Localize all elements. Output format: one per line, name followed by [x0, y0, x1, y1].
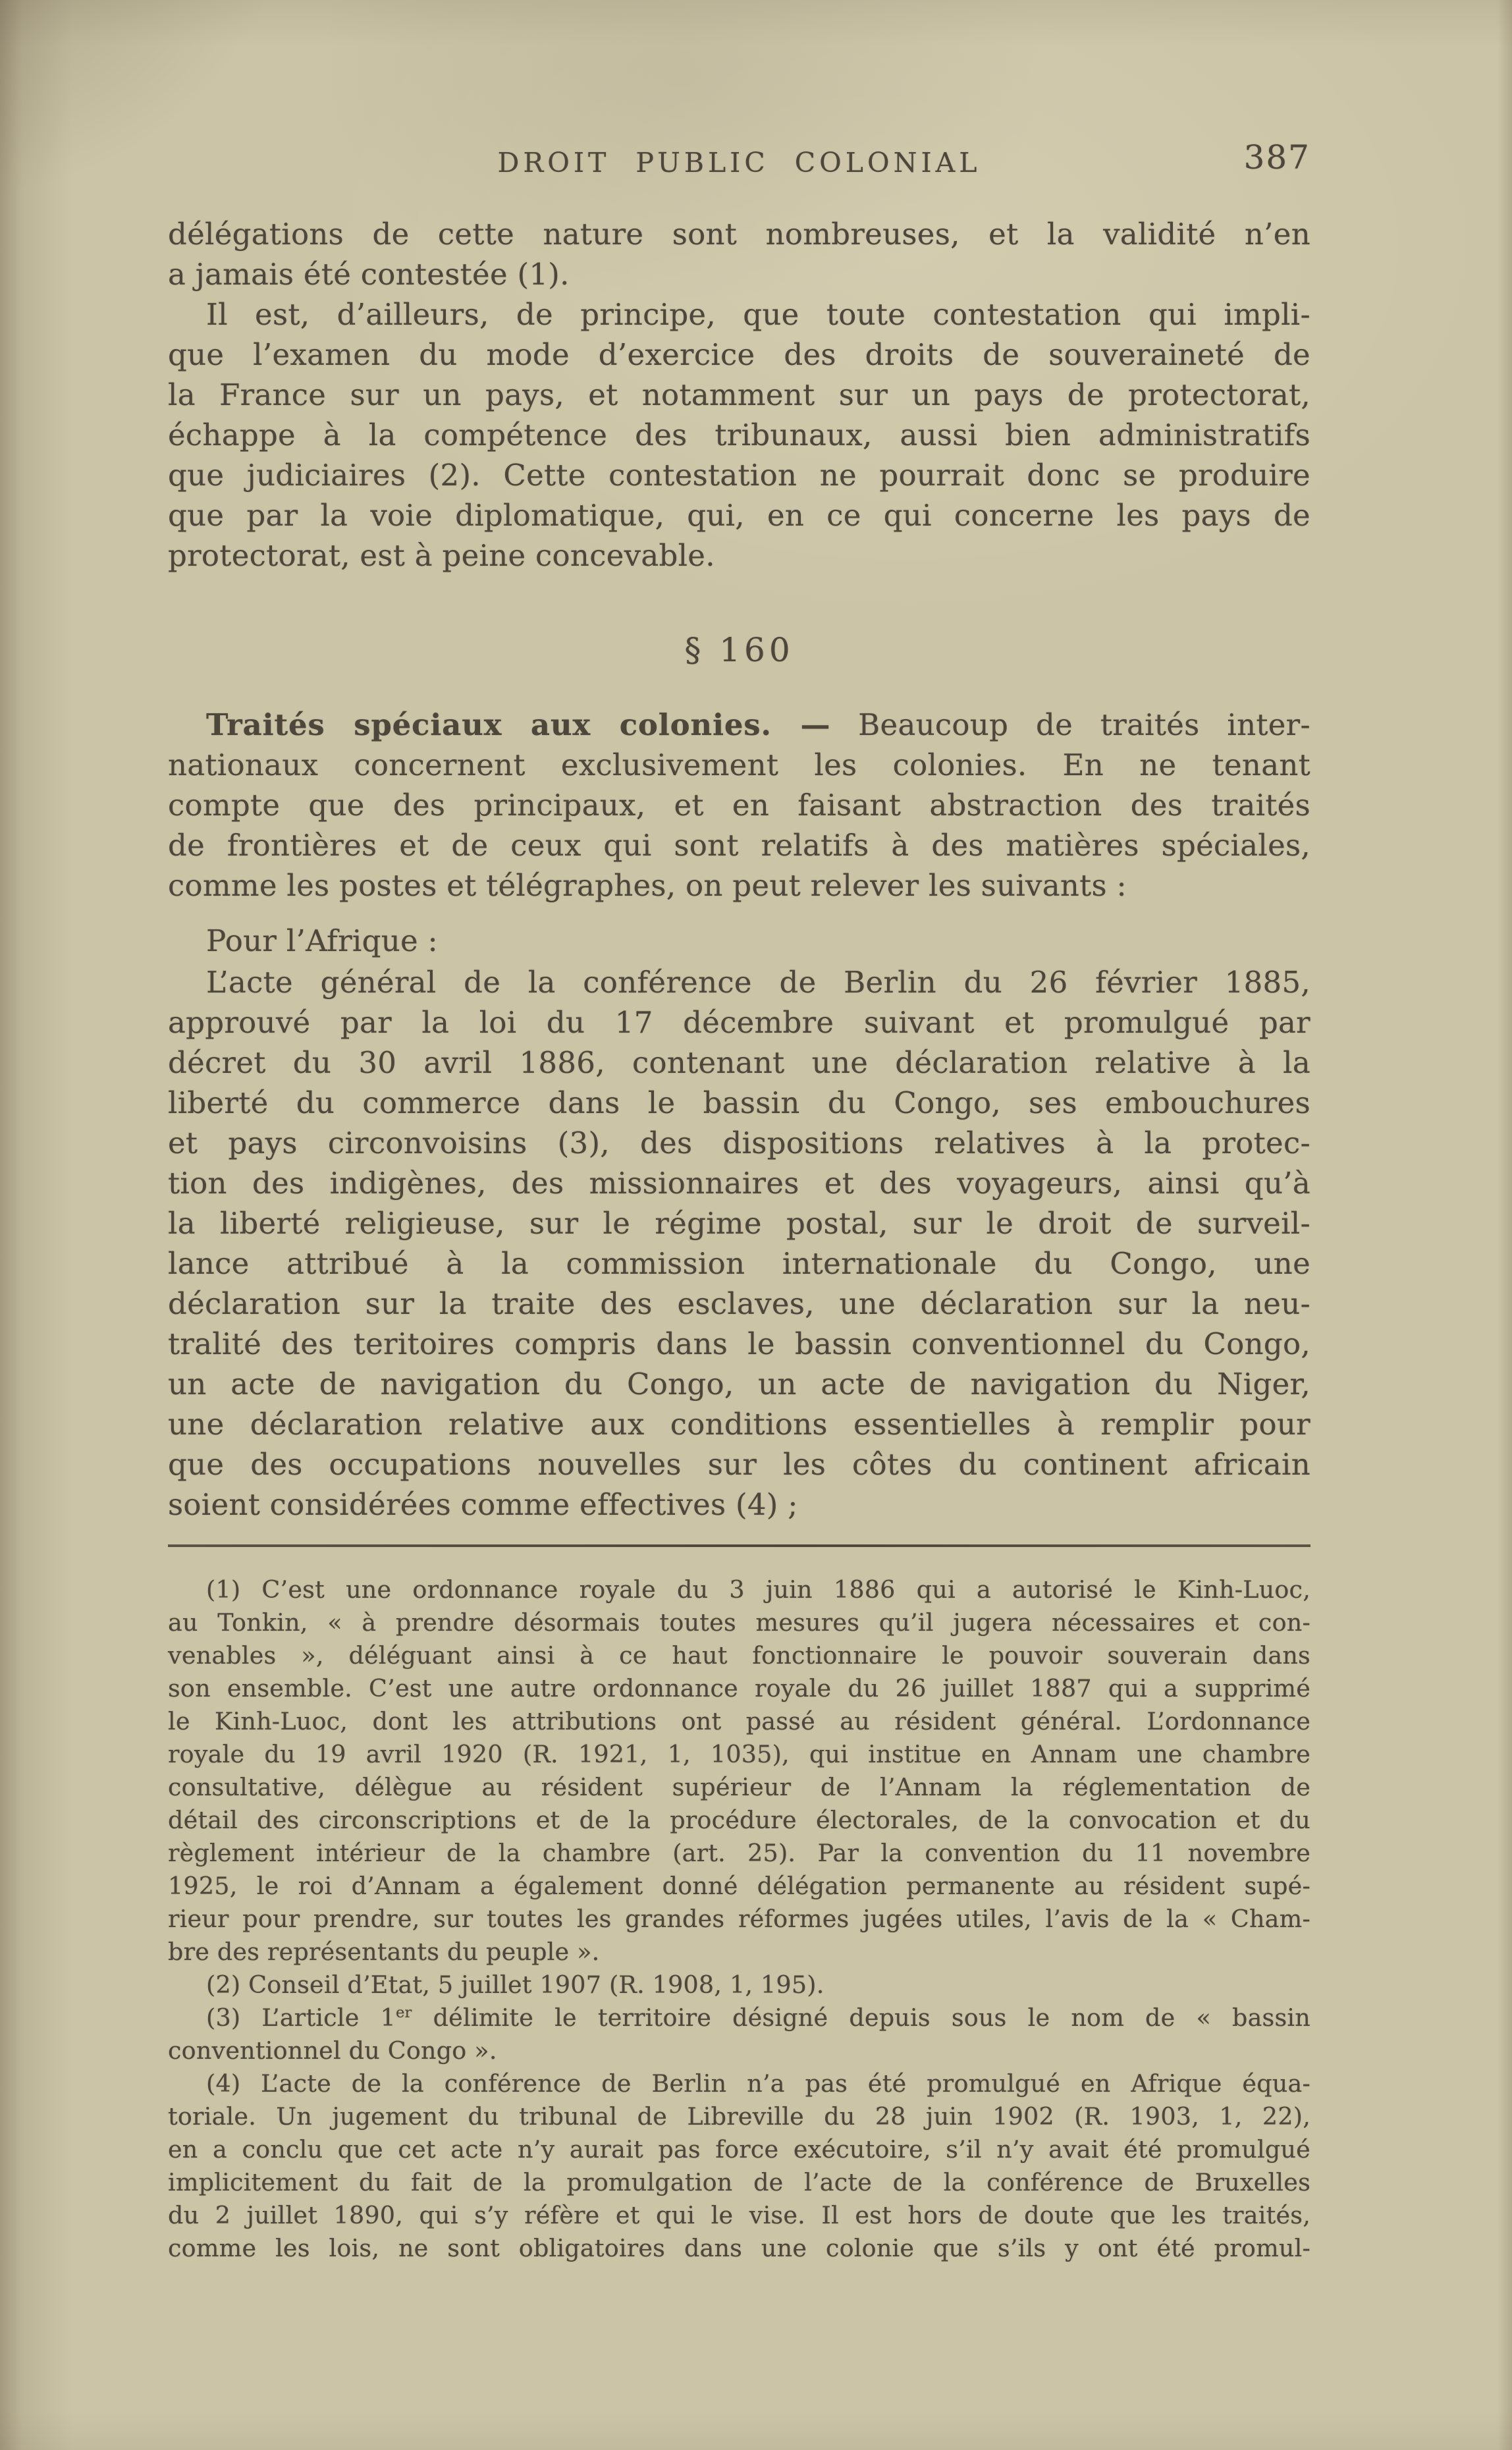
- paragraph-lead-rest: Beaucoup de traités inter-: [830, 707, 1310, 742]
- text-line: et pays circonvoisins (3), des dispositi…: [168, 1123, 1310, 1163]
- paragraph-principle: Il est, d’ailleurs, de principe, que tou…: [168, 294, 1310, 576]
- text-column: délégations de cette nature sont nombreu…: [168, 214, 1310, 2265]
- text-line: Traités spéciaux aux colonies. — Beaucou…: [168, 705, 1310, 745]
- text-line: royale du 19 avril 1920 (R. 1921, 1, 103…: [168, 1738, 1310, 1771]
- text-line: détail des circonscriptions et de la pro…: [168, 1804, 1310, 1837]
- text-line: implicitement du fait de la promulgation…: [168, 2166, 1310, 2199]
- paragraph-continuation: délégations de cette nature sont nombreu…: [168, 214, 1310, 294]
- footnotes-block: (1) C’est une ordonnance royale du 3 jui…: [168, 1573, 1310, 2265]
- paragraph-acte-berlin: L’acte général de la conférence de Berli…: [168, 962, 1310, 1525]
- text-line: conventionnel du Congo ».: [168, 2034, 1310, 2067]
- footnote-4: (4) L’acte de la conférence de Berlin n’…: [168, 2067, 1310, 2265]
- text-line: son ensemble. C’est une autre ordonnance…: [168, 1672, 1310, 1705]
- text-line: délégations de cette nature sont nombreu…: [168, 214, 1310, 254]
- footnote-2: (2) Conseil d’Etat, 5 juillet 1907 (R. 1…: [168, 1969, 1310, 2001]
- text-line: venables », déléguant ainsi à ce haut fo…: [168, 1639, 1310, 1672]
- text-line: tion des indigènes, des missionnaires et…: [168, 1163, 1310, 1203]
- text-line: un acte de navigation du Congo, un acte …: [168, 1364, 1310, 1404]
- text-line: bre des représentants du peuple ».: [168, 1936, 1310, 1969]
- text-line: une déclaration relative aux conditions …: [168, 1404, 1310, 1444]
- text-line: la liberté religieuse, sur le régime pos…: [168, 1203, 1310, 1243]
- running-title: DROIT PUBLIC COLONIAL: [168, 146, 1310, 179]
- text-line: le Kinh-Luoc, dont les attributions ont …: [168, 1705, 1310, 1738]
- text-line: lance attribué à la commission internati…: [168, 1243, 1310, 1284]
- text-line: L’acte général de la conférence de Berli…: [168, 962, 1310, 1002]
- text-fragment: er: [396, 2004, 412, 2021]
- footnote-3: (3) L’article 1er délimite le territoire…: [168, 2001, 1310, 2067]
- text-line: liberté du commerce dans le bassin du Co…: [168, 1083, 1310, 1123]
- text-line: rieur pour prendre, sur toutes les grand…: [168, 1903, 1310, 1936]
- paragraph-pour-afrique: Pour l’Afrique :: [168, 921, 1310, 961]
- footnote-1: (1) C’est une ordonnance royale du 3 jui…: [168, 1573, 1310, 1969]
- text-line: a jamais été contestée (1).: [168, 254, 1310, 294]
- text-line: tralité des teritoires compris dans le b…: [168, 1324, 1310, 1364]
- text-line: protectorat, est à peine concevable.: [168, 535, 1310, 576]
- text-line: compte que des principaux, et en faisant…: [168, 785, 1310, 825]
- text-line: toriale. Un jugement du tribunal de Libr…: [168, 2100, 1310, 2133]
- text-line: déclaration sur la traite des esclaves, …: [168, 1284, 1310, 1324]
- text-line: décret du 30 avril 1886, contenant une d…: [168, 1043, 1310, 1083]
- text-fragment: (3) L’article 1: [206, 2003, 396, 2032]
- text-line: Pour l’Afrique :: [168, 921, 1310, 961]
- footnote-separator: [168, 1544, 1310, 1547]
- text-line: que judiciaires (2). Cette contestation …: [168, 455, 1310, 495]
- text-line: consultative, délègue au résident supéri…: [168, 1771, 1310, 1804]
- text-line: que par la voie diplomatique, qui, en ce…: [168, 495, 1310, 535]
- text-line: 1925, le roi d’Annam a également donné d…: [168, 1870, 1310, 1903]
- text-line: Il est, d’ailleurs, de principe, que tou…: [168, 294, 1310, 335]
- text-line: (3) L’article 1er délimite le territoire…: [168, 2001, 1310, 2034]
- text-line: la France sur un pays, et notamment sur …: [168, 375, 1310, 415]
- text-line: nationaux concernent exclusivement les c…: [168, 745, 1310, 785]
- book-page: DROIT PUBLIC COLONIAL 387 délégations de…: [0, 0, 1512, 2450]
- text-fragment: délimite le territoire désigné depuis so…: [412, 2003, 1310, 2032]
- text-line: de frontières et de ceux qui sont relati…: [168, 825, 1310, 865]
- paragraph-traites-body: nationaux concernent exclusivement les c…: [168, 745, 1310, 906]
- text-line: approuvé par la loi du 17 décembre suiva…: [168, 1002, 1310, 1043]
- text-line: échappe à la compétence des tribunaux, a…: [168, 415, 1310, 455]
- text-line: (4) L’acte de la conférence de Berlin n’…: [168, 2067, 1310, 2100]
- text-line: comme les lois, ne sont obligatoires dan…: [168, 2232, 1310, 2265]
- text-line: (1) C’est une ordonnance royale du 3 jui…: [168, 1573, 1310, 1606]
- paragraph-lead-bold: Traités spéciaux aux colonies. —: [206, 707, 830, 742]
- text-line: en a conclu que cet acte n’y aurait pas …: [168, 2133, 1310, 2166]
- paragraph-traites: Traités spéciaux aux colonies. — Beaucou…: [168, 705, 1310, 906]
- text-line: (2) Conseil d’Etat, 5 juillet 1907 (R. 1…: [168, 1969, 1310, 2001]
- text-line: soient considérées comme effectives (4) …: [168, 1484, 1310, 1525]
- text-line: que des occupations nouvelles sur les cô…: [168, 1444, 1310, 1484]
- text-line: que l’examen du mode d’exercice des droi…: [168, 335, 1310, 375]
- text-line: règlement intérieur de la chambre (art. …: [168, 1837, 1310, 1870]
- text-line: comme les postes et télégraphes, on peut…: [168, 865, 1310, 906]
- text-line: du 2 juillet 1890, qui s’y réfère et qui…: [168, 2199, 1310, 2232]
- page-number: 387: [1244, 138, 1310, 177]
- section-heading: § 160: [168, 630, 1310, 670]
- text-line: au Tonkin, « à prendre désormais toutes …: [168, 1606, 1310, 1639]
